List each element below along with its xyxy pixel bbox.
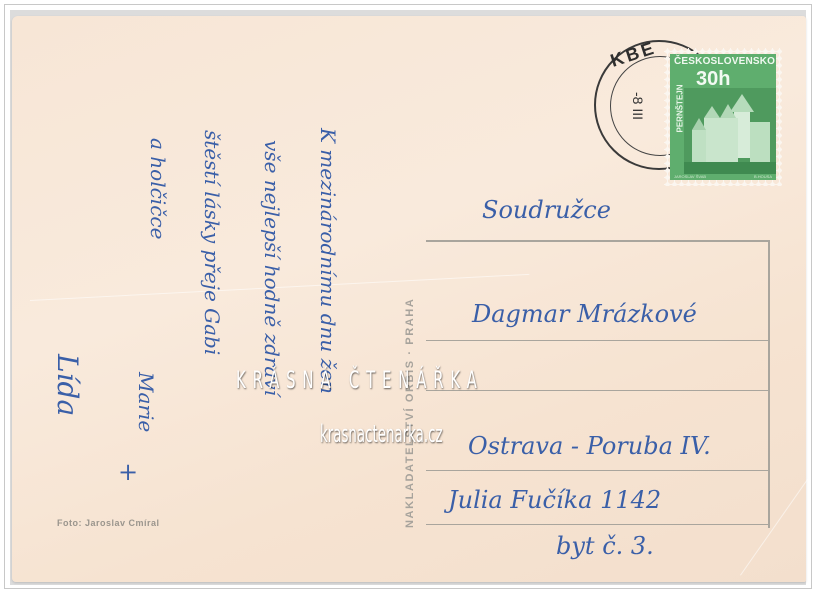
- message-signature: Marie: [134, 372, 158, 432]
- photo-credit: Foto: Jaroslav Cmíral: [57, 518, 160, 528]
- address-street: Julia Fučíka 1142: [448, 486, 661, 514]
- message-line: vše nejlepší hodně zdraví: [260, 140, 284, 396]
- stamp-engraver-right: B.HOUSA: [754, 174, 772, 179]
- address-line: [426, 340, 768, 341]
- message-line: štěstí lásky přeje Gabi: [200, 130, 224, 355]
- address-city: Ostrava - Poruba IV.: [468, 432, 711, 460]
- message-signature-cross: +: [118, 458, 138, 486]
- address-name: Dagmar Mrázkové: [472, 300, 697, 328]
- address-line: [426, 524, 768, 525]
- publisher-imprint: NAKLADATELSTVÍ ORBIS · PRAHA: [404, 298, 416, 528]
- watermark-url: krasnactenarka.cz: [320, 420, 442, 448]
- stamp-country: ČESKOSLOVENSKO: [674, 56, 775, 67]
- message-signature: Lída: [51, 354, 84, 416]
- address-flat: byt č. 3.: [556, 532, 654, 560]
- watermark-title: KRÁSNÁ ČTENÁŘKA: [236, 366, 484, 394]
- postage-stamp: ČESKOSLOVENSKO 30h PERNŠTEJN JAROSLAV ŠV…: [670, 54, 776, 180]
- address-line: [426, 470, 768, 471]
- address-salutation: Soudružce: [482, 196, 611, 224]
- message-line: K mezinárodnímu dnu žen: [316, 128, 340, 394]
- castle-icon: [684, 88, 776, 174]
- postmark-date: -8 III: [630, 92, 646, 120]
- stamp-engraver-left: JAROSLAV ŠVAB: [674, 174, 706, 179]
- message-line: a holčičce: [146, 138, 170, 239]
